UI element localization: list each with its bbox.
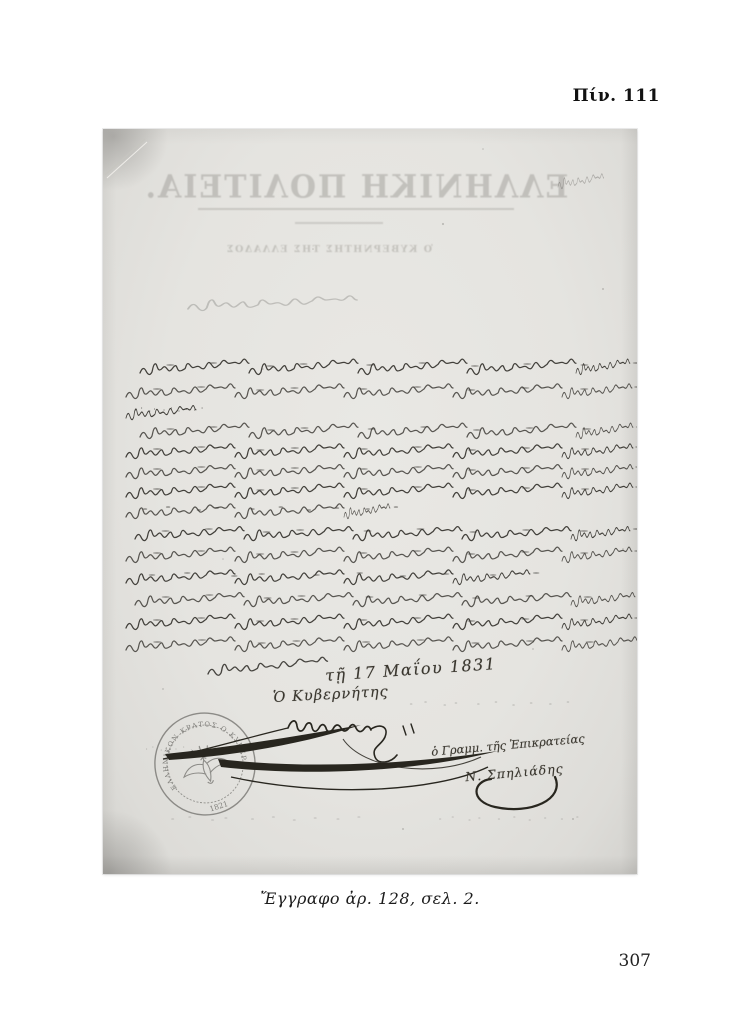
document-scan-photo: ΕΛΛΗΝΙΚΗ ΠΟΛΙΤΕΙΑ. Ὁ ΚΥΒΕΡΝΗΤΗΣ ΤΗΣ ΕΛΛΑ… — [103, 129, 637, 874]
paper-crease — [105, 139, 147, 178]
figure-caption: Ἔγγραφο ἀρ. 128, σελ. 2. — [103, 889, 637, 908]
seal-year: 1821 — [208, 799, 229, 813]
plate-label: Πίν. 111 — [573, 86, 660, 106]
page-number: 307 — [619, 951, 651, 971]
handwritten-body-lines — [126, 359, 637, 651]
scan-specks — [162, 148, 624, 830]
book-page: Πίν. 111 ΕΛΛΗΝΙΚΗ ΠΟΛΙΤΕΙΑ. Ὁ ΚΥΒΕΡΝΗΤΗΣ… — [0, 0, 743, 1027]
dateline-squiggle — [207, 657, 327, 676]
